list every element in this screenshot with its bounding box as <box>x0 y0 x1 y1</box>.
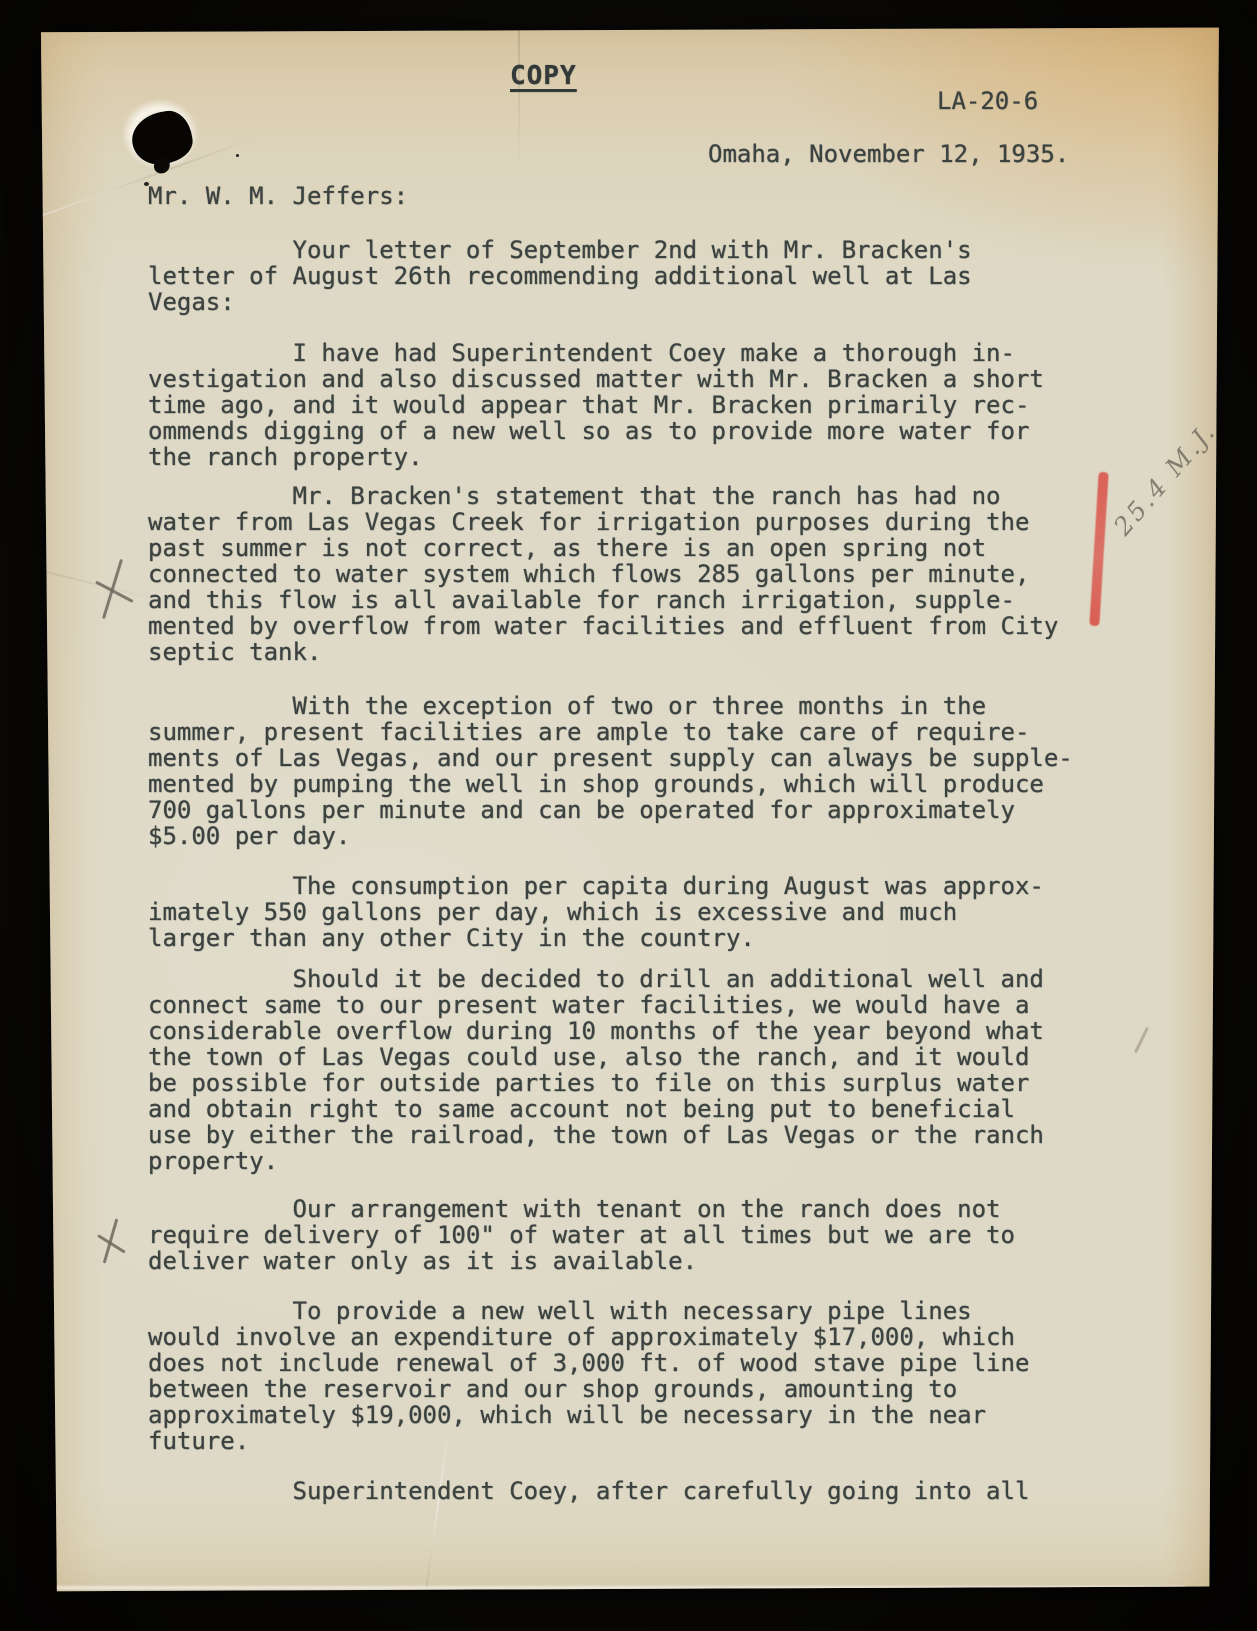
pencil-margin-note: 25.4 M.J. <box>1085 390 1245 568</box>
letter-paragraph: With the exception of two or three month… <box>148 693 1073 849</box>
punch-hole <box>108 86 212 182</box>
letter-page: COPY LA-20-6 Omaha, November 12, 1935. M… <box>38 26 1220 1592</box>
file-number: LA-20-6 <box>937 88 1038 114</box>
ink-speck <box>236 154 239 157</box>
scan-background: { "document": { "stamp": "COPY", "file_n… <box>0 0 1257 1631</box>
pencil-slash-mark <box>1134 1027 1149 1053</box>
letter-paragraph: Should it be decided to drill an additio… <box>148 966 1044 1174</box>
letter-paragraph: Your letter of September 2nd with Mr. Br… <box>148 237 972 315</box>
letter-paragraph: Mr. Bracken's statement that the ranch h… <box>148 483 1058 665</box>
letter-paragraph: Our arrangement with tenant on the ranch… <box>148 1196 1015 1274</box>
letter-paragraph: To provide a new well with necessary pip… <box>148 1298 1029 1454</box>
paper-bottom-edge <box>50 1586 1185 1590</box>
letter-page-wrapper: COPY LA-20-6 Omaha, November 12, 1935. M… <box>0 0 1257 1631</box>
copy-stamp: COPY <box>510 63 577 89</box>
dateline: Omaha, November 12, 1935. <box>708 141 1069 167</box>
letter-paragraph: Superintendent Coey, after carefully goi… <box>148 1478 1029 1504</box>
letter-paragraph: I have had Superintendent Coey make a th… <box>148 340 1044 470</box>
paper-crease <box>425 1431 450 1594</box>
salutation: Mr. W. M. Jeffers: <box>148 183 408 209</box>
pencil-x-mark <box>93 558 135 620</box>
paper-crease <box>518 26 520 166</box>
letter-paragraph: The consumption per capita during August… <box>148 873 1044 951</box>
pencil-x-mark <box>94 1218 128 1264</box>
